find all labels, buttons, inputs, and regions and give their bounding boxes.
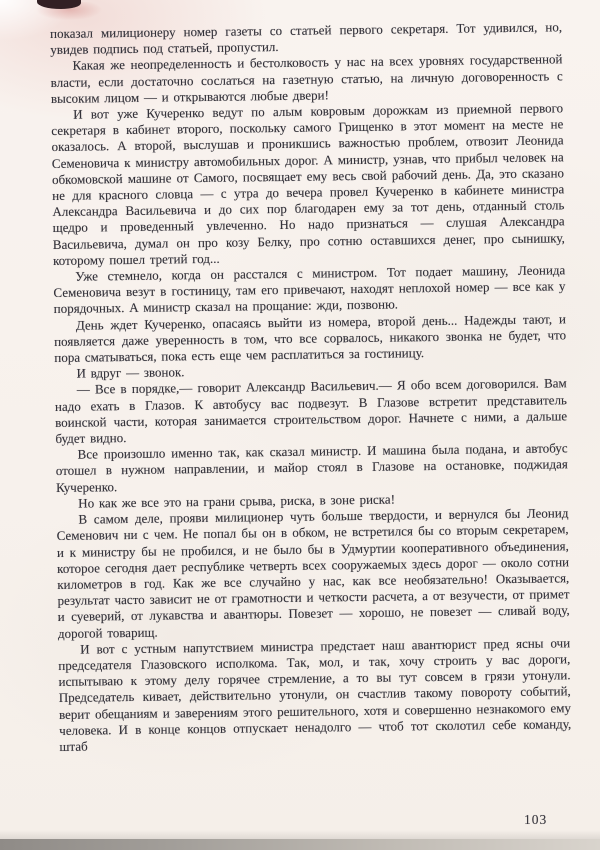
paragraph: Какая же неопределенность и бестолковост… [50,52,563,107]
paragraph: Все произошло именно так, как сказал мин… [56,441,569,496]
scanned-book-page: показал милиционеру номер газеты со стат… [0,0,600,850]
page-text: показал милиционеру номер газеты со стат… [50,19,572,755]
page-number: 103 [524,812,547,828]
paragraph: И вот уже Кучеренко ведут по алым ковров… [51,100,565,269]
paragraph: — Все в порядке,— говорит Александр Васи… [55,376,568,448]
page-bottom-edge [0,839,600,850]
paragraph: День ждет Кучеренко, опасаясь выйти из н… [54,311,567,366]
paragraph: В самом деле, прояви милиционер чуть бол… [56,505,570,641]
paragraph: И вот с устным напутствием министра пред… [58,635,571,755]
paragraph: Уже стемнело, когда он расстался с минис… [53,262,566,317]
page-corner-fold [37,0,81,9]
